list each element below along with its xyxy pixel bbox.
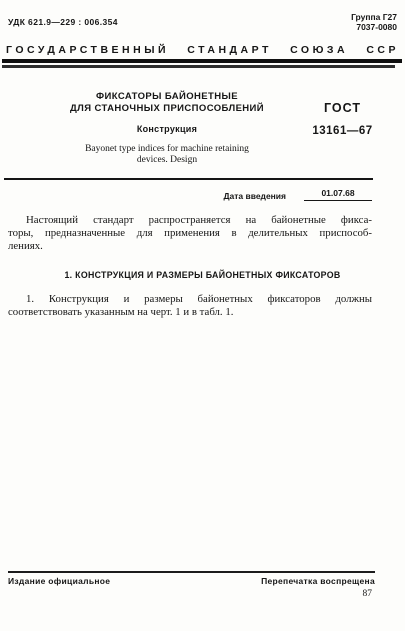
banner-rule-thin	[2, 65, 395, 68]
section1-heading: 1. КОНСТРУКЦИЯ И РАЗМЕРЫ БАЙОНЕТНЫХ ФИКС…	[0, 270, 405, 280]
title-en-line1: Bayonet type indices for machine retaini…	[36, 144, 298, 155]
udk-classification: УДК 621.9—229 : 006.354	[8, 12, 118, 27]
standard-designation: ГОСТ 13161—67	[298, 91, 405, 166]
blank-area	[0, 319, 405, 571]
title-left-column: ФИКСАТОРЫ БАЙОНЕТНЫЕ ДЛЯ СТАНОЧНЫХ ПРИСП…	[36, 91, 298, 166]
header-separator-rule	[4, 178, 373, 180]
group-code: 7037-0080	[351, 22, 397, 32]
standard-label: ГОСТ	[298, 101, 387, 115]
document-title-en: Bayonet type indices for machine retaini…	[36, 144, 298, 166]
gost-standard-page: УДК 621.9—229 : 006.354 Группа Г27 7037-…	[0, 0, 405, 631]
state-standard-banner: ГОСУДАРСТВЕННЫЙ СТАНДАРТ СОЮЗА ССР	[6, 44, 399, 56]
document-title-ru: ФИКСАТОРЫ БАЙОНЕТНЫЕ ДЛЯ СТАНОЧНЫХ ПРИСП…	[36, 91, 298, 115]
title-ru-line1: ФИКСАТОРЫ БАЙОНЕТНЫЕ	[36, 91, 298, 103]
edition-note: Издание официальное	[8, 576, 110, 586]
section1-line: 1. Конструкция и размеры байонетных фикс…	[8, 293, 372, 306]
section1-paragraph: 1. Конструкция и размеры байонетных фикс…	[8, 293, 372, 319]
reprint-note: Перепечатка воспрещена	[261, 576, 375, 586]
title-ru-line2: ДЛЯ СТАНОЧНЫХ ПРИСПОСОБЛЕНИЙ	[36, 103, 298, 115]
effective-date-value: 01.07.68	[304, 188, 372, 201]
page-footer: Издание официальное Перепечатка воспреще…	[8, 571, 375, 599]
standard-number: 13161—67	[298, 125, 387, 137]
title-en-line2: devices. Design	[36, 155, 298, 166]
intro-line: лениях.	[8, 240, 372, 253]
group-label: Группа Г27	[351, 12, 397, 22]
group-block: Группа Г27 7037-0080	[351, 12, 397, 32]
effective-date-row: Дата введения 01.07.68	[0, 188, 372, 201]
bottom-margin	[0, 599, 405, 631]
footer-notes-row: Издание официальное Перепечатка воспреще…	[8, 576, 375, 586]
intro-line: торы, предназначенные для применения в д…	[8, 227, 372, 240]
title-block: ФИКСАТОРЫ БАЙОНЕТНЫЕ ДЛЯ СТАНОЧНЫХ ПРИСП…	[0, 91, 405, 166]
intro-paragraph: Настоящий стандарт распространяется на б…	[8, 214, 372, 253]
intro-line: Настоящий стандарт распространяется на б…	[8, 214, 372, 227]
document-header: УДК 621.9—229 : 006.354 Группа Г27 7037-…	[0, 12, 405, 32]
effective-date-label: Дата введения	[223, 191, 286, 201]
section1-line: соответствовать указанным на черт. 1 и в…	[8, 306, 372, 319]
page-number: 87	[8, 589, 375, 599]
document-subtitle: Конструкция	[36, 124, 298, 134]
banner-rule-thick	[2, 59, 402, 63]
